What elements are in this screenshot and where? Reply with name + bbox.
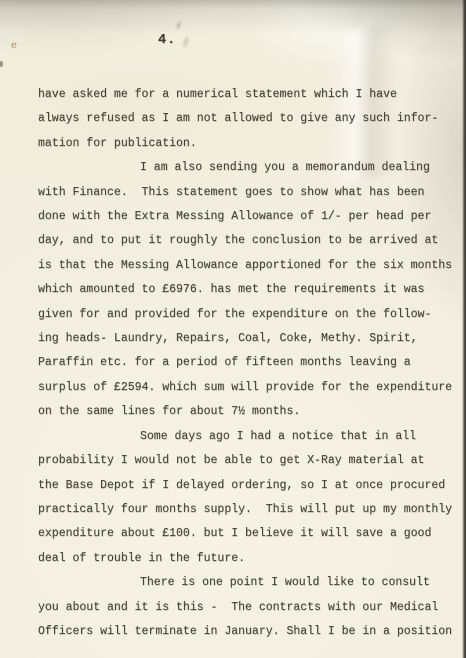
text-line: ing heads- Laundry, Repairs, Coal, Coke,… (38, 327, 460, 351)
text-line: given for and provided for the expenditu… (38, 303, 460, 327)
typewritten-body: have asked me for a numerical statement … (38, 83, 460, 644)
text-line: which amounted to £6976. has met the req… (38, 278, 460, 302)
text-line: practically four months supply. This wil… (38, 498, 460, 522)
text-line: day, and to put it roughly the conclusio… (38, 229, 460, 253)
edge-speck (0, 61, 3, 67)
text-line: is that the Messing Allowance apportione… (38, 254, 460, 278)
text-line: on the same lines for about 7½ months. (38, 400, 460, 424)
text-line: Some days ago I had a notice that in all (38, 425, 460, 449)
text-line: There is one point I would like to consu… (38, 571, 460, 595)
document-page: 4. e have asked me for a numerical state… (0, 0, 466, 658)
text-line: expenditure about £100. but I believe it… (38, 522, 460, 546)
text-line: with Finance. This statement goes to sho… (38, 181, 460, 205)
text-line: mation for publication. (38, 132, 460, 156)
page-number: 4. (158, 33, 176, 48)
text-line: probability I would not be able to get X… (38, 449, 460, 473)
text-line: the Base Depot if I delayed ordering, so… (38, 474, 460, 498)
text-line: Paraffin etc. for a period of fifteen mo… (38, 351, 460, 375)
text-line: you about and it is this - The contracts… (38, 596, 460, 620)
text-line: deal of trouble in the future. (38, 547, 460, 571)
text-line: Officers will terminate in January. Shal… (38, 620, 460, 644)
text-line: always refused as I am not allowed to gi… (38, 107, 460, 131)
text-line: have asked me for a numerical statement … (38, 83, 460, 107)
scan-edge-right (462, 0, 466, 658)
text-line: done with the Extra Messing Allowance of… (38, 205, 460, 229)
text-line: surplus of £2594. which sum will provide… (38, 376, 460, 400)
text-line: I am also sending you a memorandum deali… (38, 156, 460, 180)
margin-mark: e (11, 40, 17, 51)
